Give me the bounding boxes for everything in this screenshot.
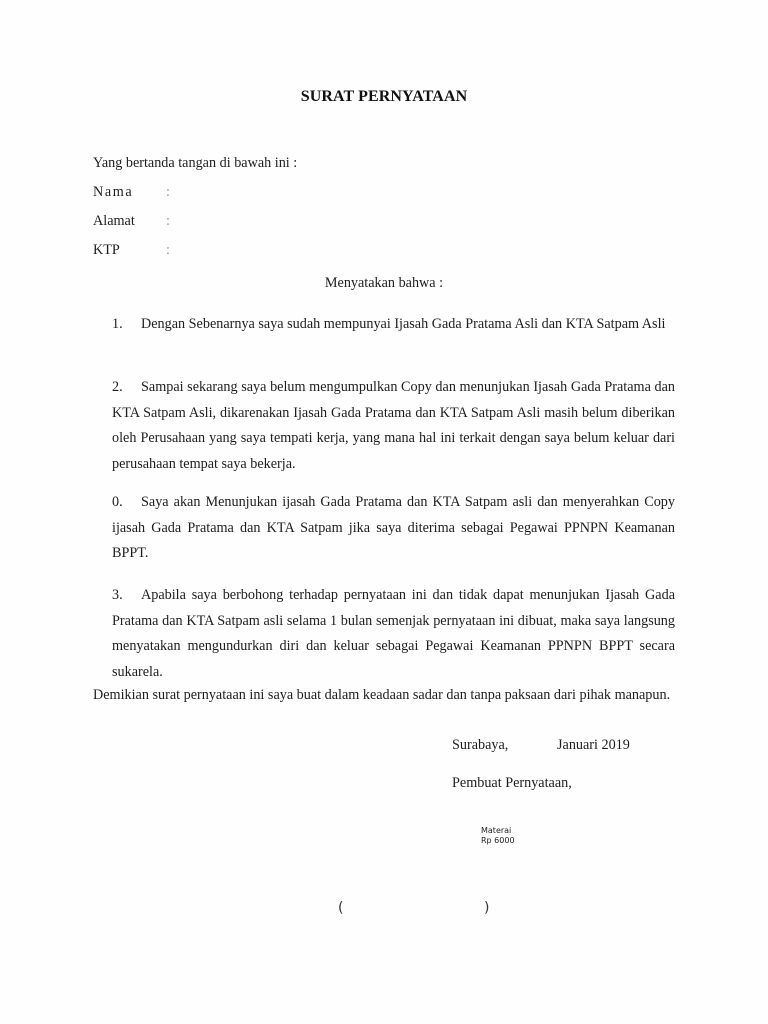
stamp-placeholder: Materai Rp 6000 — [481, 826, 515, 846]
declaration-item-1: 1.Dengan Sebenarnya saya sudah mempunyai… — [112, 312, 675, 338]
stamp-label: Materai — [481, 826, 515, 836]
declaration-item-3: 0.Saya akan Menunjukan ijasah Gada Prata… — [112, 490, 675, 567]
signature-place: Surabaya, — [452, 737, 508, 754]
field-separator: : — [166, 213, 170, 230]
declaration-item-2: 2.Sampai sekarang saya belum mengumpulka… — [112, 375, 675, 477]
item-number: 0. — [112, 490, 141, 516]
field-label-ktp: KTP — [93, 242, 120, 259]
field-separator: : — [166, 242, 170, 259]
item-number: 2. — [112, 375, 141, 401]
field-label-nama: Nama — [93, 184, 133, 201]
field-label-alamat: Alamat — [93, 213, 135, 230]
item-text: Sampai sekarang saya belum mengumpulkan … — [112, 379, 675, 472]
declaration-heading: Menyatakan bahwa : — [0, 275, 768, 292]
item-text: Apabila saya berbohong terhadap pernyata… — [112, 587, 675, 680]
signature-date: Januari 2019 — [557, 737, 630, 754]
item-number: 1. — [112, 312, 141, 338]
signature-paren-open: ( — [338, 900, 343, 916]
document-page: SURAT PERNYATAAN Yang bertanda tangan di… — [0, 0, 768, 1024]
item-number: 3. — [112, 583, 141, 609]
signature-paren-close: ) — [484, 900, 489, 916]
stamp-value: Rp 6000 — [481, 836, 515, 846]
declaration-item-4: 3.Apabila saya berbohong terhadap pernya… — [112, 583, 675, 685]
signature-role: Pembuat Pernyataan, — [452, 775, 572, 792]
item-text: Dengan Sebenarnya saya sudah mempunyai I… — [141, 316, 665, 332]
field-separator: : — [166, 184, 170, 201]
closing-statement: Demikian surat pernyataan ini saya buat … — [93, 682, 673, 709]
document-title: SURAT PERNYATAAN — [0, 88, 768, 106]
item-text: Saya akan Menunjukan ijasah Gada Pratama… — [112, 494, 675, 561]
intro-text: Yang bertanda tangan di bawah ini : — [93, 155, 297, 172]
